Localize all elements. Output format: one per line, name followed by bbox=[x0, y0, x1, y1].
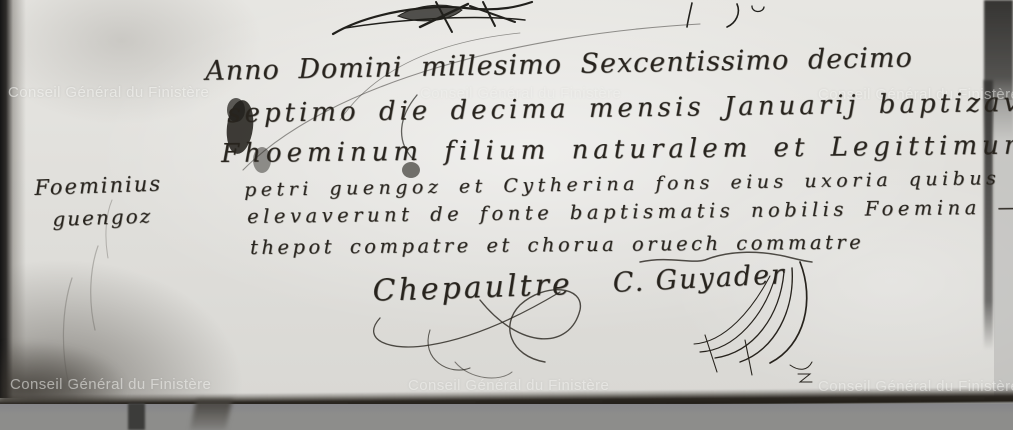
backing-dark-smudge bbox=[190, 400, 232, 430]
margin-note-line-1: Foeminius bbox=[34, 172, 162, 200]
bottom-left-corner-smudge bbox=[0, 340, 130, 402]
manuscript-scan-page: Conseil Général du Finistère Conseil Gén… bbox=[0, 0, 1013, 430]
book-gutter-left-edge bbox=[0, 0, 26, 398]
signature-1: Chepaultre bbox=[372, 267, 573, 309]
margin-note-line-2: guengoz bbox=[52, 204, 153, 231]
backing-dark-mark bbox=[128, 403, 145, 430]
scanner-backing bbox=[0, 404, 1013, 430]
